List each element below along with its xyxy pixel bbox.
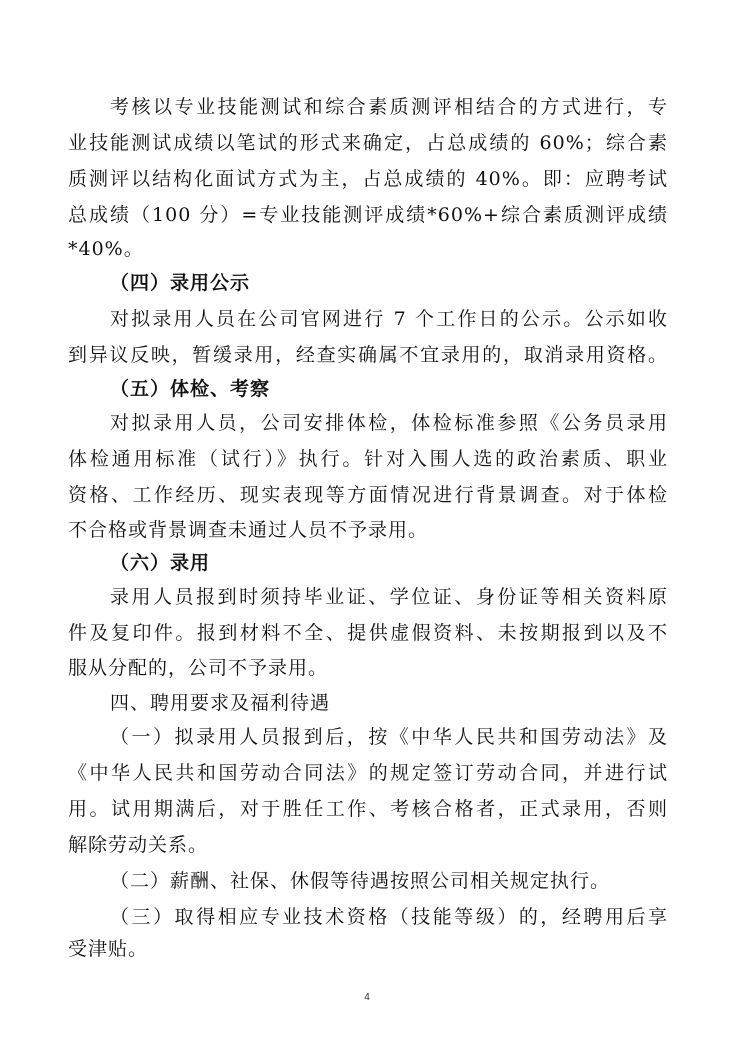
paragraph-first-line: 对拟录用人员，公司安排体检，体检标准参照《公务员录用 — [110, 408, 668, 438]
paragraph-first-line: （三）取得相应专业技术资格（技能等级）的，经聘用后享 — [110, 902, 668, 932]
paragraph-first-line: 考核以专业技能测试和综合素质测评相结合的方式进行，专 — [110, 92, 668, 122]
body-line: 用。试用期满后，对于胜任工作、考核合格者，正式录用，否则 — [68, 794, 668, 824]
paragraph-first-line: （二）薪酬、社保、休假等待遇按照公司相关规定执行。 — [110, 866, 668, 896]
paragraph-last-line: 解除劳动关系。 — [68, 830, 668, 860]
body-line: 到异议反映，暂缓录用，经查实确属不宜录用的，取消录用资格。 — [68, 340, 668, 370]
body-line: 件及复印件。报到材料不全、提供虚假资料、未按期报到以及不 — [68, 618, 668, 648]
paragraph-first-line: 录用人员报到时须持毕业证、学位证、身份证等相关资料原 — [110, 582, 668, 612]
body-line: 业技能测试成绩以笔试的形式来确定，占总成绩的 60%；综合素 — [68, 128, 668, 158]
paragraph-last-line: 服从分配的，公司不予录用。 — [68, 653, 668, 683]
paragraph-last-line: 不合格或背景调查未通过人员不予录用。 — [68, 515, 668, 545]
section-heading: （五）体检、考察 — [110, 374, 668, 404]
paragraph-last-line: 受津贴。 — [68, 934, 668, 964]
body-line: 体检通用标准（试行）》执行。针对入围人选的政治素质、职业 — [68, 444, 668, 474]
body-line: 质测评以结构化面试方式为主，占总成绩的 40%。即：应聘考试 — [68, 164, 668, 194]
paragraph-first-line: 对拟录用人员在公司官网进行 7 个工作日的公示。公示如收 — [110, 304, 668, 334]
section-heading: 四、聘用要求及福利待遇 — [110, 688, 668, 718]
section-heading: （四）录用公示 — [110, 268, 668, 298]
section-heading: （六）录用 — [110, 548, 668, 578]
body-line: 《中华人民共和国劳动合同法》的规定签订劳动合同，并进行试 — [68, 758, 668, 788]
paragraph-first-line: （一）拟录用人员报到后，按《中华人民共和国劳动法》及 — [110, 722, 668, 752]
body-line: 资格、工作经历、现实表现等方面情况进行背景调查。对于体检 — [68, 480, 668, 510]
body-line: 总成绩（100 分）=专业技能测评成绩*60%+综合素质测评成绩 — [68, 200, 668, 230]
paragraph-last-line: *40%。 — [68, 234, 668, 264]
page-number: 4 — [357, 992, 377, 1003]
document-page: 考核以专业技能测试和综合素质测评相结合的方式进行，专业技能测试成绩以笔试的形式来… — [0, 0, 735, 1039]
